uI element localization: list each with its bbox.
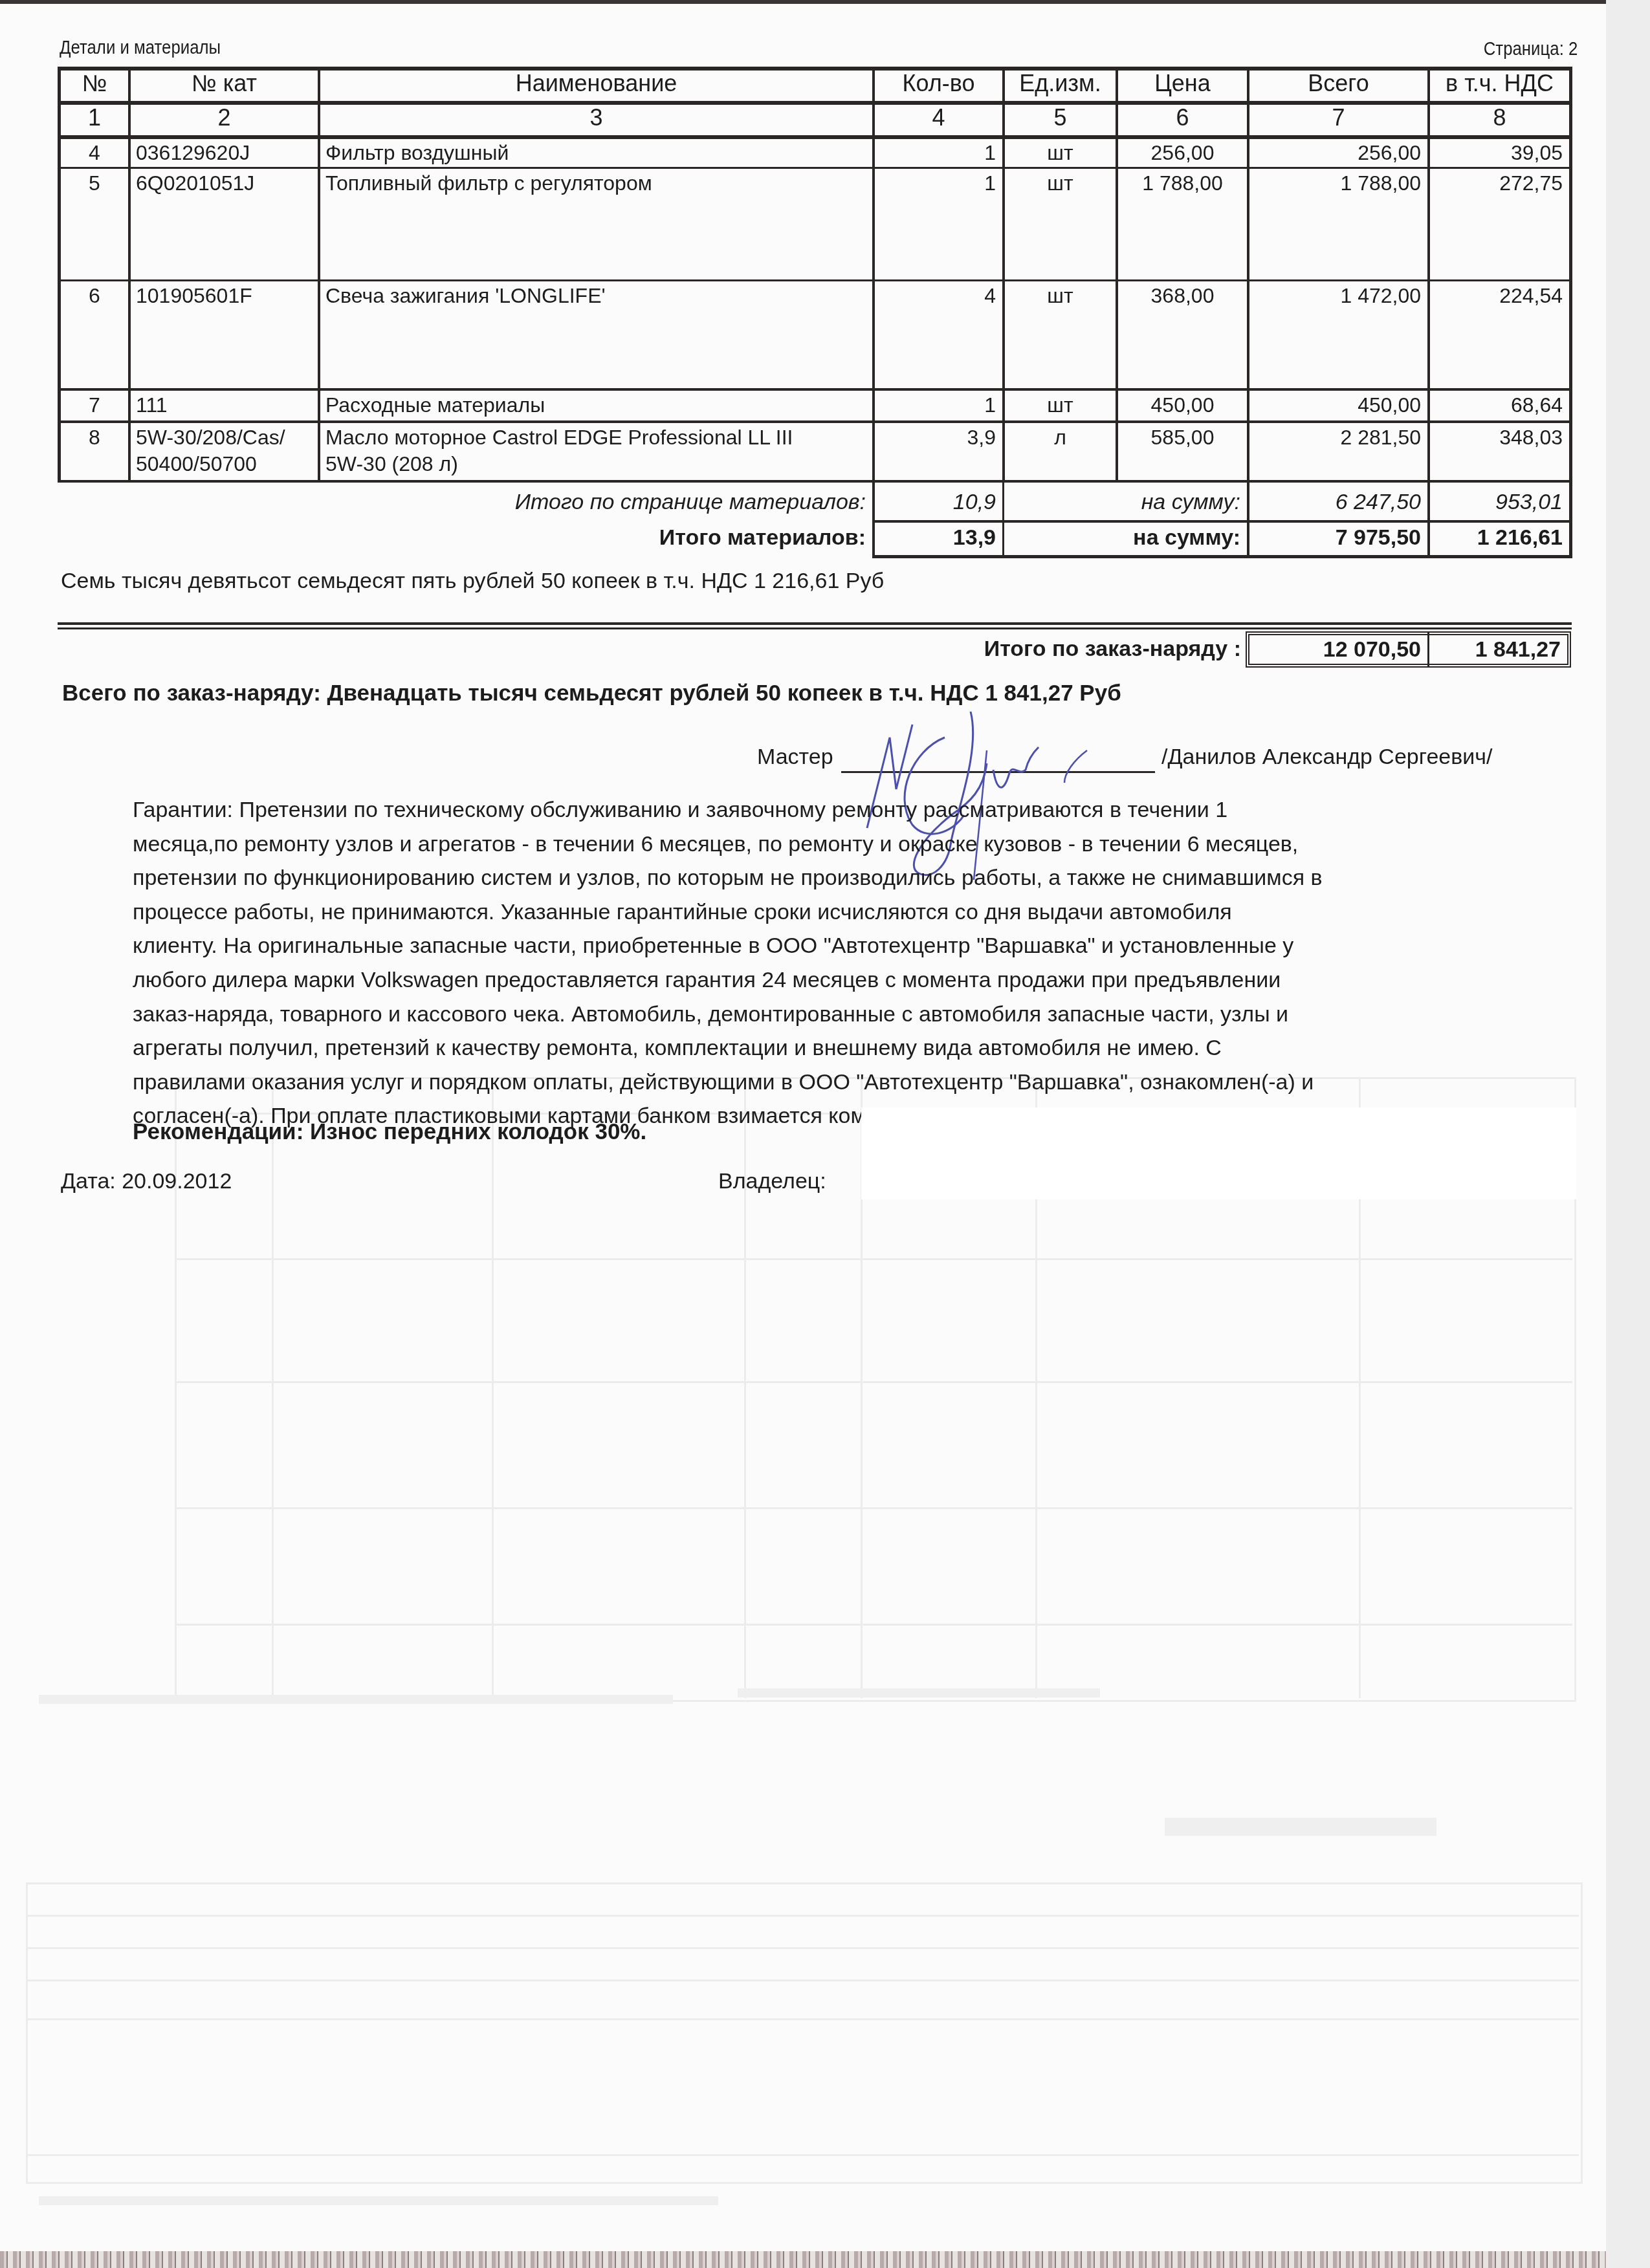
item-name: Топливный фильтр с регулятором (320, 170, 872, 196)
catalog-number: 5W-30/208/Cas/ (131, 424, 318, 450)
quantity: 1 (875, 140, 1002, 166)
warranty-line: клиенту. На оригинальные запасные части,… (133, 929, 1576, 963)
divider-double-rule-2 (58, 627, 1572, 629)
divider-double-rule (58, 622, 1572, 625)
item-name: Фильтр воздушный (320, 140, 872, 166)
line-vat: 224,54 (1430, 283, 1569, 309)
col-header-name: Наименование (320, 71, 872, 101)
order-total-in-words: Всего по заказ-наряду: Двенадцать тысяч … (62, 682, 1121, 705)
owner-label: Владелец: (718, 1170, 826, 1193)
col-header-quantity: Кол-во (875, 71, 1002, 101)
unit: л (1005, 424, 1116, 450)
page-total-amount: 6 247,50 (1249, 489, 1427, 515)
col-header-catalog-no: № кат (131, 71, 318, 101)
row-number: 8 (61, 424, 128, 450)
page-total-sum-label: на сумму: (1005, 489, 1247, 515)
unit: шт (1005, 170, 1116, 196)
col-header-vat: в т.ч. НДС (1430, 71, 1569, 101)
line-total: 450,00 (1249, 392, 1427, 418)
line-total: 1 472,00 (1249, 283, 1427, 309)
order-total-label: Итого по заказ-наряду : (984, 637, 1241, 660)
order-total-vat: 1 841,27 (1430, 637, 1567, 662)
unit: шт (1005, 283, 1116, 309)
scan-edge-bottom (0, 2251, 1606, 2268)
line-total: 2 281,50 (1249, 424, 1427, 450)
section-title: Детали и материалы (60, 36, 221, 60)
warranty-line: процессе работы, не принимаются. Указанн… (133, 895, 1576, 930)
order-total-amount: 12 070,50 (1249, 637, 1427, 662)
col-header-total: Всего (1249, 71, 1427, 101)
col-number-2: 2 (131, 105, 318, 135)
price: 1 788,00 (1118, 170, 1247, 196)
row-number: 7 (61, 392, 128, 418)
materials-total-vat: 1 216,61 (1430, 525, 1569, 551)
line-vat: 39,05 (1430, 140, 1569, 166)
master-name: /Данилов Александр Сергеевич/ (1161, 745, 1492, 769)
line-vat: 272,75 (1430, 170, 1569, 196)
price: 585,00 (1118, 424, 1247, 450)
signature-line (841, 771, 1155, 773)
item-name-cont: 5W-30 (208 л) (320, 451, 872, 477)
materials-total-label: Итого материалов: (320, 525, 872, 551)
warranty-line: любого дилера марки Volkswagen предостав… (133, 963, 1576, 998)
warranty-line: Гарантии: Претензии по техническому обсл… (133, 793, 1576, 827)
master-label: Мастер (757, 745, 833, 769)
order-total-divider (1427, 631, 1429, 668)
warranty-line: претензии по функционированию систем и у… (133, 861, 1576, 895)
col-number-1: 1 (61, 105, 128, 135)
col-header-no: № (61, 71, 128, 101)
price: 368,00 (1118, 283, 1247, 309)
warranty-terms: Гарантии: Претензии по техническому обсл… (133, 793, 1576, 1133)
redaction-patch (861, 1107, 1576, 1199)
warranty-line: агрегаты получил, претензий к качеству р… (133, 1031, 1576, 1065)
col-number-4: 4 (875, 105, 1002, 135)
quantity: 4 (875, 283, 1002, 309)
line-vat: 348,03 (1430, 424, 1569, 450)
catalog-number: 6Q0201051J (131, 170, 318, 196)
row-number: 4 (61, 140, 128, 166)
warranty-line: заказ-наряда, товарного и кассового чека… (133, 998, 1576, 1032)
col-number-7: 7 (1249, 105, 1427, 135)
scan-edge-right (1606, 0, 1650, 2268)
price: 256,00 (1118, 140, 1247, 166)
price: 450,00 (1118, 392, 1247, 418)
item-name: Расходные материалы (320, 392, 872, 418)
col-number-6: 6 (1118, 105, 1247, 135)
warranty-line: правилами оказания услуг и порядком опла… (133, 1065, 1576, 1100)
page-number: Страница: 2 (1483, 38, 1578, 61)
quantity: 1 (875, 170, 1002, 196)
page-total-qty: 10,9 (875, 489, 1002, 515)
item-name: Свеча зажигания 'LONGLIFE' (320, 283, 872, 309)
col-header-unit: Ед.изм. (1005, 71, 1116, 101)
col-number-3: 3 (320, 105, 872, 135)
recommendations: Рекомендации: Износ передних колодок 30%… (133, 1120, 646, 1144)
quantity: 3,9 (875, 424, 1002, 450)
materials-total-sum-label: на сумму: (1005, 525, 1247, 551)
row-number: 5 (61, 170, 128, 196)
page-total-vat: 953,01 (1430, 489, 1569, 515)
col-number-8: 8 (1430, 105, 1569, 135)
catalog-number: 101905601F (131, 283, 318, 309)
col-number-5: 5 (1005, 105, 1116, 135)
unit: шт (1005, 392, 1116, 418)
quantity: 1 (875, 392, 1002, 418)
line-vat: 68,64 (1430, 392, 1569, 418)
materials-total-qty: 13,9 (875, 525, 1002, 551)
catalog-number: 036129620J (131, 140, 318, 166)
materials-total-in-words: Семь тысяч девятьсот семьдесят пять рубл… (61, 569, 884, 593)
warranty-line: месяца,по ремонту узлов и агрегатов - в … (133, 827, 1576, 862)
unit: шт (1005, 140, 1116, 166)
catalog-number: 111 (131, 392, 318, 418)
document-date: Дата: 20.09.2012 (61, 1170, 232, 1193)
col-header-price: Цена (1118, 71, 1247, 101)
catalog-number-cont: 50400/50700 (131, 451, 318, 477)
materials-total-amount: 7 975,50 (1249, 525, 1427, 551)
item-name: Масло моторное Castrol EDGE Professional… (320, 424, 872, 450)
row-number: 6 (61, 283, 128, 309)
line-total: 1 788,00 (1249, 170, 1427, 196)
page-total-label: Итого по странице материалов: (320, 489, 872, 515)
line-total: 256,00 (1249, 140, 1427, 166)
